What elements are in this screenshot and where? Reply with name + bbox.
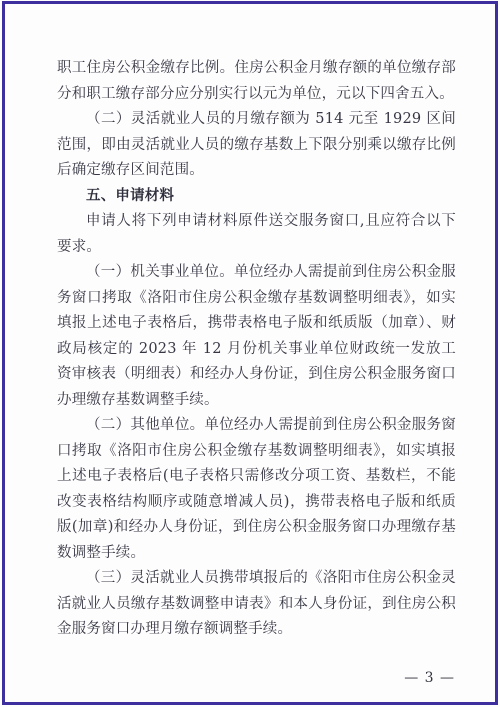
paragraph-flexible-employment-range: （二）灵活就业人员的月缴存额为 514 元至 1929 区间范围，即由灵活就业人… [57,107,456,184]
page-number: — 3 — [404,670,455,686]
paragraph-other-units: （二）其他单位。单位经办人需提前到住房公积金服务窗口拷取《洛阳市住房公积金缴存基… [57,413,456,566]
paragraph-deposit-ratio-continuation: 职工住房公积金缴存比例。住房公积金月缴存额的单位缴存部分和职工缴存部分应分别实行… [57,56,456,107]
section-heading-application-materials: 五、申请材料 [57,184,456,210]
paragraph-government-institutions: （一）机关事业单位。单位经办人需提前到住房公积金服务窗口拷取《洛阳市住房公积金缴… [57,260,456,413]
paragraph-submission-requirement: 申请人将下列申请材料原件送交服务窗口,且应符合以下要求。 [57,209,456,260]
document-body: 职工住房公积金缴存比例。住房公积金月缴存额的单位缴存部分和职工缴存部分应分别实行… [57,56,456,643]
paragraph-flexible-employment-procedure: （三）灵活就业人员携带填报后的《洛阳市住房公积金灵活就业人员缴存基数调整申请表》… [57,566,456,643]
document-page: 职工住房公积金缴存比例。住房公积金月缴存额的单位缴存部分和职工缴存部分应分别实行… [0,0,500,707]
